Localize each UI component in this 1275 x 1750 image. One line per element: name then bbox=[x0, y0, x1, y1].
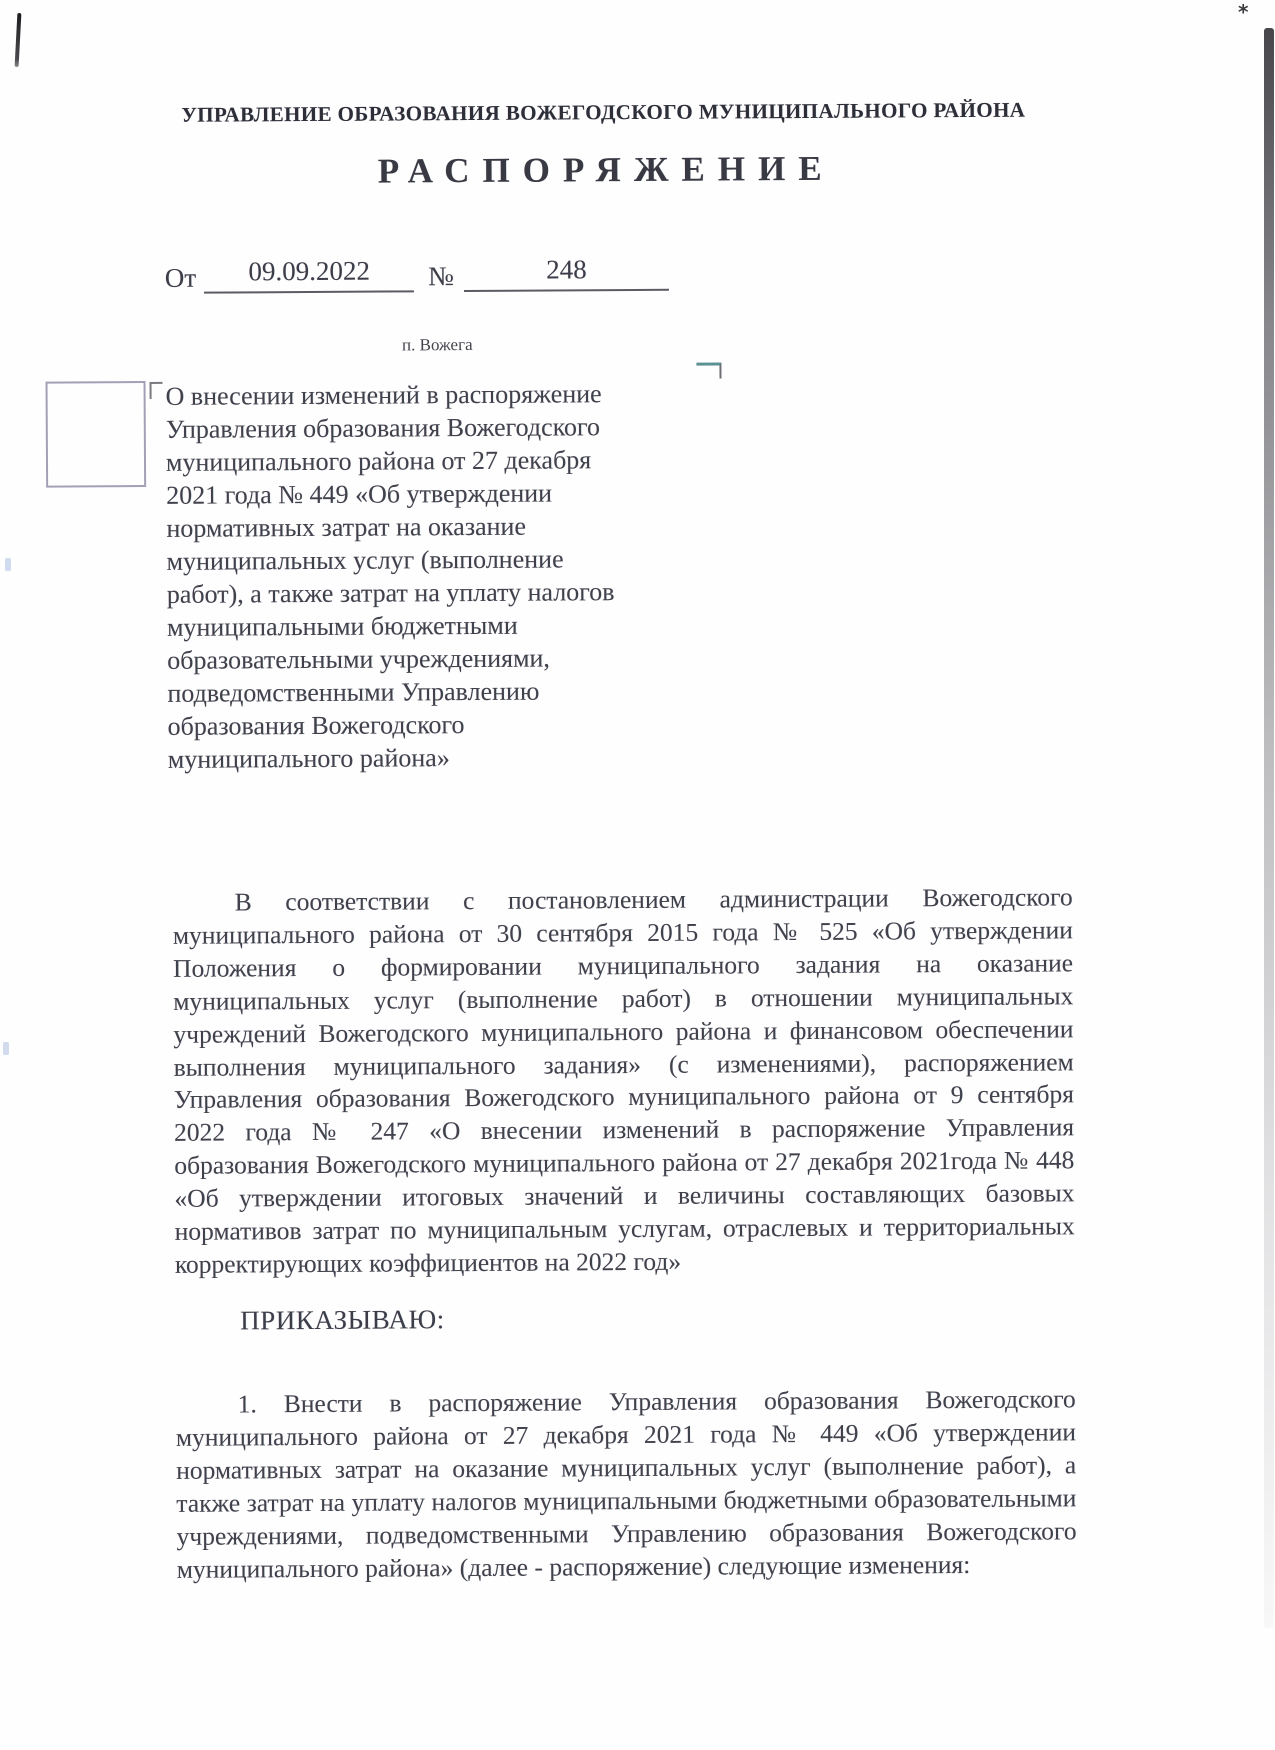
organization-name: УПРАВЛЕНИЕ ОБРАЗОВАНИЯ ВОЖЕГОДСКОГО МУНИ… bbox=[0, 96, 1211, 128]
scanned-document-page: * УПРАВЛЕНИЕ ОБРАЗОВАНИЯ ВОЖЕГОДСКОГО МУ… bbox=[0, 0, 1275, 1750]
stamp-placeholder-box bbox=[46, 381, 147, 488]
number-sign: № bbox=[428, 261, 454, 292]
document-subject: О внесении изменений в распоряжение Упра… bbox=[166, 377, 708, 776]
document-sheet: УПРАВЛЕНИЕ ОБРАЗОВАНИЯ ВОЖЕГОДСКОГО МУНИ… bbox=[0, 0, 1275, 1750]
requisites-line: От09.09.2022№248 bbox=[165, 254, 669, 294]
from-label: От bbox=[165, 263, 197, 294]
order-word: ПРИКАЗЫВАЮ: bbox=[240, 1304, 445, 1336]
number-value: 248 bbox=[464, 254, 669, 292]
document-type-title: РАСПОРЯЖЕНИЕ bbox=[0, 146, 1216, 193]
order-item-1-paragraph: 1. Внести в распоряжение Управления обра… bbox=[176, 1383, 1077, 1586]
preamble-paragraph: В соответствии с постановлением админист… bbox=[173, 881, 1075, 1281]
date-value: 09.09.2022 bbox=[204, 255, 414, 293]
subject-corner-mark-left bbox=[150, 382, 163, 399]
place-name: п. Вожега bbox=[297, 334, 577, 356]
